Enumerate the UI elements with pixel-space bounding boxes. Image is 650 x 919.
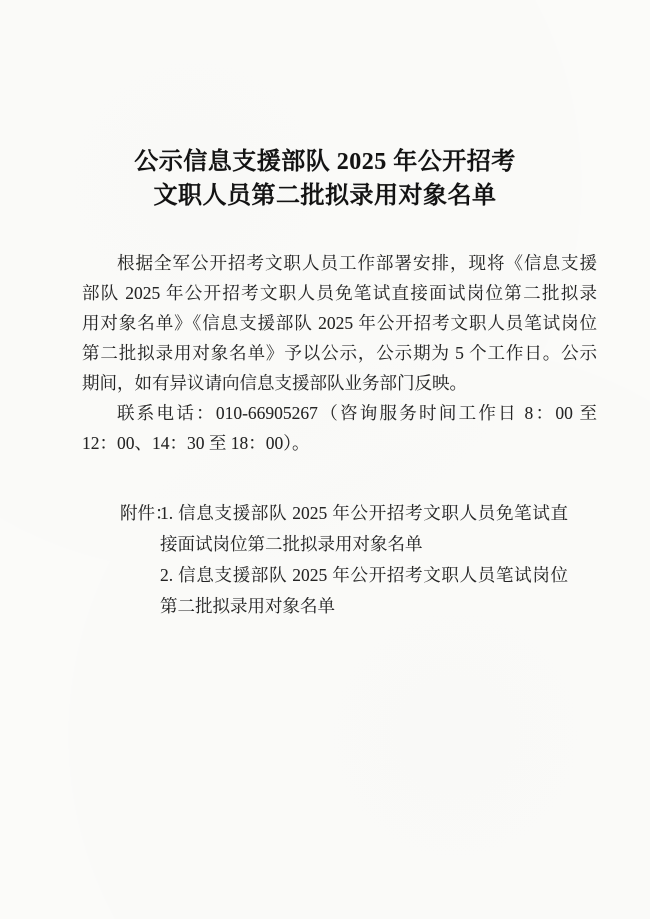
document-body: 根据全军公开招考文职人员工作部署安排，现将《信息支援 部队 2025 年公开招考…: [82, 248, 597, 458]
paragraph1-line: 第二批拟录用对象名单》予以公示，公示期为 5 个工作日。公示: [82, 338, 597, 368]
paragraph1-line: 部队 2025 年公开招考文职人员免笔试直接面试岗位第二批拟录: [82, 278, 597, 308]
contact-phone-line: 联系电话：010-66905267（咨询服务时间工作日 8：00 至: [82, 398, 597, 428]
title-line-2: 文职人员第二批拟录用对象名单: [0, 179, 650, 213]
paragraph1-line: 期间，如有异议请向信息支援部队业务部门反映。: [82, 368, 597, 398]
attachment-item-2-line: 2. 信息支援部队 2025 年公开招考文职人员笔试岗位: [160, 560, 568, 591]
document-page: 公示信息支援部队 2025 年公开招考 文职人员第二批拟录用对象名单 根据全军公…: [0, 0, 650, 919]
attachment-item-1-line: 接面试岗位第二批拟录用对象名单: [160, 529, 568, 560]
document-title: 公示信息支援部队 2025 年公开招考 文职人员第二批拟录用对象名单: [0, 145, 650, 213]
title-line-1: 公示信息支援部队 2025 年公开招考: [0, 145, 650, 179]
contact-phone-line: 12：00、14：30 至 18：00）。: [82, 428, 597, 458]
attachments-section: 附件： 1. 信息支援部队 2025 年公开招考文职人员免笔试直 接面试岗位第二…: [120, 498, 580, 622]
attachments-list: 1. 信息支援部队 2025 年公开招考文职人员免笔试直 接面试岗位第二批拟录用…: [160, 498, 568, 622]
paragraph1-line: 根据全军公开招考文职人员工作部署安排，现将《信息支援: [82, 248, 597, 278]
attachments-label: 附件：: [120, 498, 173, 529]
attachment-item-2-line: 第二批拟录用对象名单: [160, 591, 568, 622]
attachment-item-1-line: 1. 信息支援部队 2025 年公开招考文职人员免笔试直: [160, 498, 568, 529]
paragraph1-line: 用对象名单》《信息支援部队 2025 年公开招考文职人员笔试岗位: [82, 308, 597, 338]
